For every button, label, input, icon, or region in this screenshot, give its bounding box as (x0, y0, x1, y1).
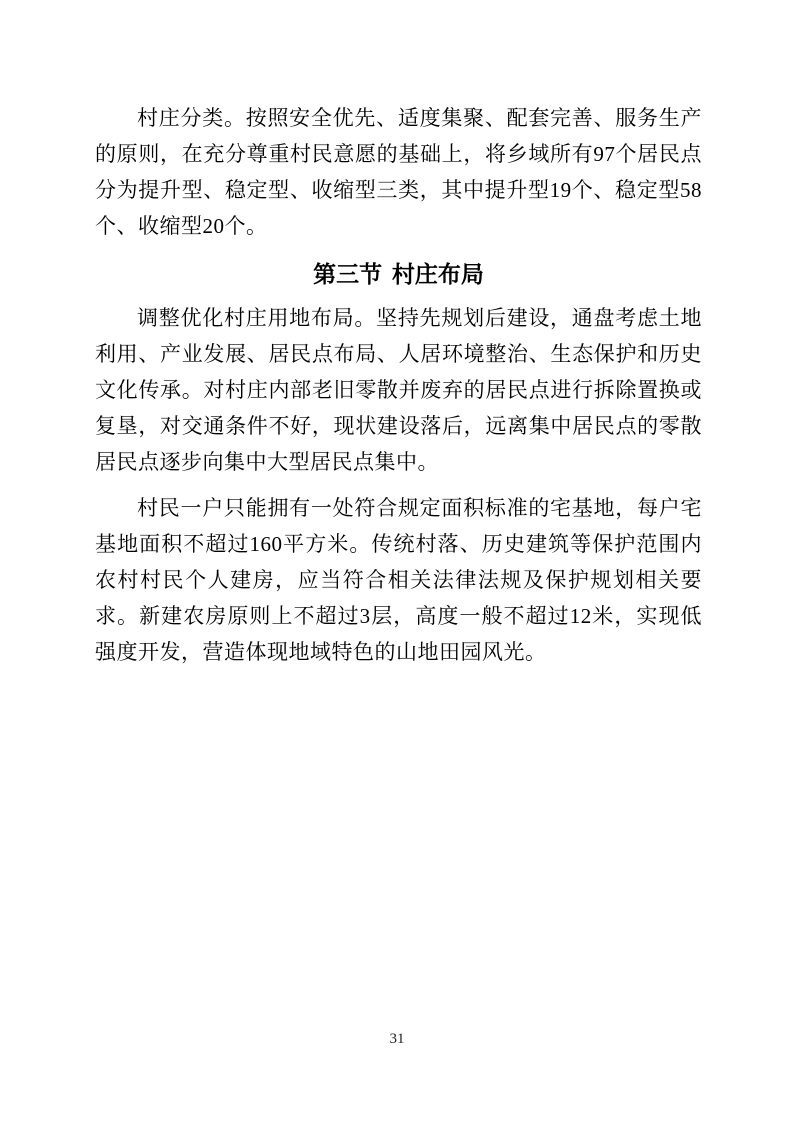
paragraph-village-classification: 村庄分类。按照安全优先、适度集聚、配套完善、服务生产的原则，在充分尊重村民意愿的… (95, 100, 702, 244)
page-number: 31 (0, 1031, 794, 1047)
paragraph-homestead-rules: 村民一户只能拥有一处符合规定面积标准的宅基地，每户宅基地面积不超过160平方米。… (95, 490, 702, 670)
section-heading: 第三节 村庄布局 (95, 257, 702, 293)
paragraph-layout-adjustment: 调整优化村庄用地布局。坚持先规划后建设，通盘考虑土地利用、产业发展、居民点布局、… (95, 300, 702, 480)
document-body: 村庄分类。按照安全优先、适度集聚、配套完善、服务生产的原则，在充分尊重村民意愿的… (95, 100, 702, 670)
document-page: 村庄分类。按照安全优先、适度集聚、配套完善、服务生产的原则，在充分尊重村民意愿的… (0, 0, 794, 1122)
